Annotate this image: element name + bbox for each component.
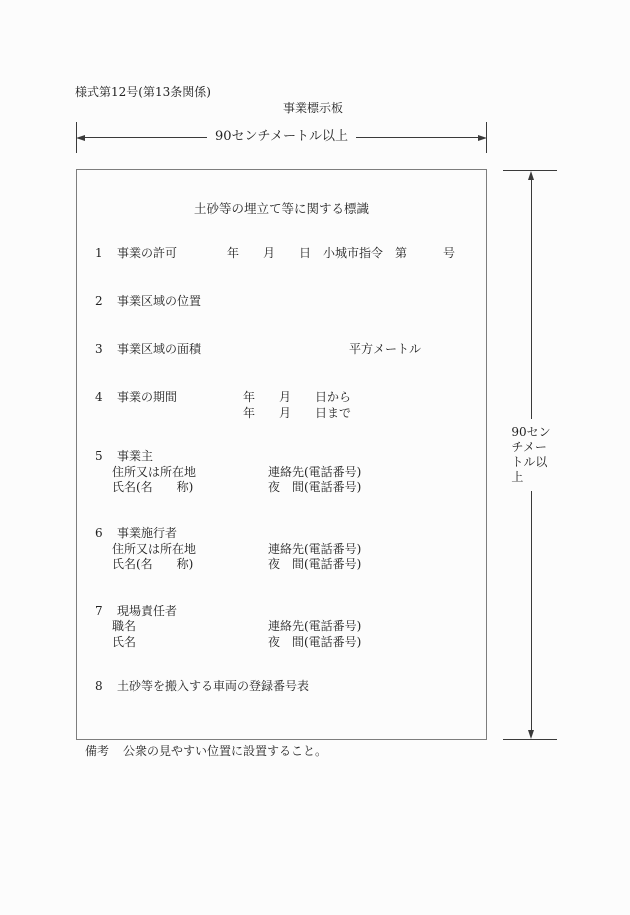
- height-dimension: 90セン チメー トル以 上: [504, 171, 558, 739]
- item-label: 事業の期間: [117, 390, 177, 405]
- contact-label: 夜 間(電話番号): [268, 557, 361, 572]
- item-value: 年 月 日まで: [243, 406, 351, 421]
- contact-label: 連絡先(電話番号): [268, 465, 361, 480]
- height-label-line: 上: [511, 470, 550, 485]
- arrowhead-right-icon: [478, 135, 487, 141]
- contact-label: 連絡先(電話番号): [268, 619, 361, 634]
- remark-text: 公衆の見やすい位置に設置すること。: [123, 744, 327, 759]
- item-label: 事業施行者: [117, 526, 177, 541]
- arrowhead-left-icon: [76, 135, 85, 141]
- sign-item-8: 8 土砂等を搬入する車両の登録番号表: [77, 679, 486, 695]
- dimension-tick-bottom: [503, 739, 557, 740]
- contact-label: 夜 間(電話番号): [268, 480, 361, 495]
- sign-item-4-line2: 年 月 日まで: [77, 406, 486, 422]
- remark-label: 備考: [85, 744, 109, 759]
- contact-label: 連絡先(電話番号): [268, 542, 361, 557]
- item-label: 事業主: [117, 449, 153, 464]
- sign-item-4: 4 事業の期間 年 月 日から: [77, 390, 486, 406]
- item-number: 6: [95, 526, 103, 541]
- field-label: 氏名: [112, 635, 136, 650]
- field-label: 氏名(名 称): [112, 480, 193, 495]
- field-label: 住所又は所在地: [112, 465, 196, 480]
- width-dimension: 90センチメートル以上: [76, 130, 487, 145]
- item-number: 3: [95, 342, 103, 357]
- sign-item-6-row1: 住所又は所在地 連絡先(電話番号): [77, 542, 486, 558]
- form-page: 様式第12号(第13条関係) 事業標示板 90センチメートル以上 土砂等の埋立て…: [0, 0, 630, 915]
- field-label: 氏名(名 称): [112, 557, 193, 572]
- sign-item-2: 2 事業区域の位置: [77, 294, 486, 310]
- item-label: 事業区域の面積: [117, 342, 201, 357]
- arrowhead-up-icon: [528, 171, 534, 180]
- item-number: 4: [95, 390, 103, 405]
- sign-item-3: 3 事業区域の面積 平方メートル: [77, 342, 486, 358]
- sign-title: 土砂等の埋立て等に関する標識: [77, 201, 486, 217]
- item-label: 土砂等を搬入する車両の登録番号表: [117, 679, 309, 694]
- sign-item-7: 7 現場責任者: [77, 604, 486, 620]
- sign-item-6: 6 事業施行者: [77, 526, 486, 542]
- item-value: 年 月 日 小城市指令 第 号: [227, 246, 455, 261]
- sign-item-1: 1 事業の許可 年 月 日 小城市指令 第 号: [77, 246, 486, 262]
- item-label: 事業の許可: [117, 246, 177, 261]
- form-number: 様式第12号(第13条関係): [75, 85, 211, 100]
- height-label-line: トル以: [511, 455, 550, 470]
- sign-item-5-row2: 氏名(名 称) 夜 間(電話番号): [77, 480, 486, 496]
- item-label: 現場責任者: [117, 604, 177, 619]
- sign-item-6-row2: 氏名(名 称) 夜 間(電話番号): [77, 557, 486, 573]
- width-dimension-label: 90センチメートル以上: [207, 129, 356, 145]
- sign-item-5: 5 事業主: [77, 449, 486, 465]
- arrowhead-down-icon: [528, 730, 534, 739]
- item-number: 5: [95, 449, 103, 464]
- item-value: 年 月 日から: [243, 390, 351, 405]
- sign-board: 土砂等の埋立て等に関する標識 1 事業の許可 年 月 日 小城市指令 第 号 2…: [76, 169, 487, 740]
- sign-item-7-row1: 職名 連絡先(電話番号): [77, 619, 486, 635]
- contact-label: 夜 間(電話番号): [268, 635, 361, 650]
- board-title: 事業標示板: [283, 101, 343, 116]
- height-label-line: 90セン: [511, 425, 550, 440]
- dimension-line: [85, 137, 207, 138]
- item-value: 平方メートル: [349, 342, 421, 357]
- field-label: 住所又は所在地: [112, 542, 196, 557]
- item-number: 2: [95, 294, 103, 309]
- dimension-line: [531, 491, 532, 730]
- height-dimension-label: 90セン チメー トル以 上: [511, 419, 550, 491]
- dimension-line: [531, 180, 532, 419]
- item-number: 7: [95, 604, 103, 619]
- item-number: 1: [95, 246, 103, 261]
- sign-item-5-row1: 住所又は所在地 連絡先(電話番号): [77, 465, 486, 481]
- sign-item-7-row2: 氏名 夜 間(電話番号): [77, 635, 486, 651]
- height-label-line: チメー: [511, 440, 550, 455]
- item-label: 事業区域の位置: [117, 294, 201, 309]
- field-label: 職名: [112, 619, 136, 634]
- dimension-line: [356, 137, 478, 138]
- item-number: 8: [95, 679, 103, 694]
